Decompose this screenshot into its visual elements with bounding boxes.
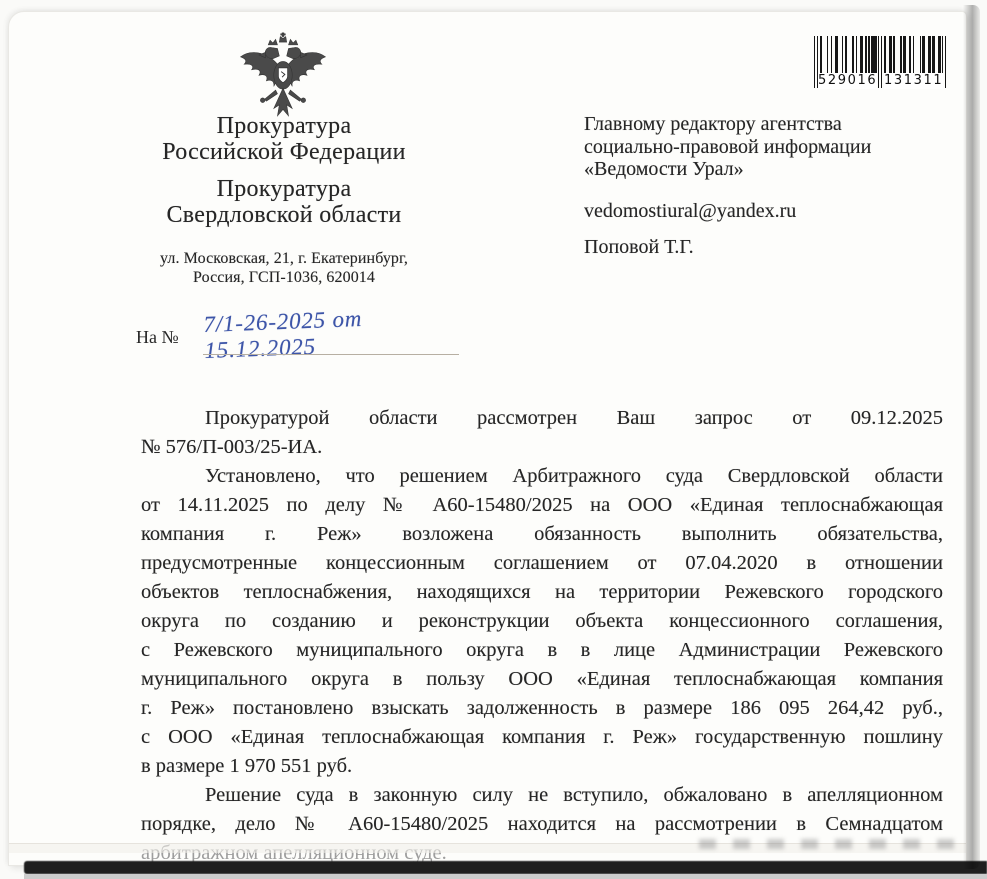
body-line: № 576/П-003/25-ИА. xyxy=(141,433,943,462)
letterhead: Прокуратура Российской Федерации Прокура… xyxy=(104,113,464,287)
recipient-name: Поповой Т.Г. xyxy=(584,236,967,259)
body-line: от 14.11.2025 по делу № А60-15480/2025 н… xyxy=(141,491,943,520)
org-name-line: Прокуратура xyxy=(104,113,464,139)
division-name-line: Прокуратура xyxy=(104,176,464,202)
page-edge-shadow xyxy=(963,5,980,869)
recipient-line: социально-правовой информации xyxy=(584,136,967,159)
scan-edge-strip xyxy=(24,874,987,879)
body-line: с Режевского муниципального округа в в л… xyxy=(141,636,943,665)
scan-smudge xyxy=(699,839,961,849)
body-line: Прокуратурой области рассмотрен Ваш запр… xyxy=(141,404,943,433)
body-line: муниципального округа в пользу ООО «Един… xyxy=(141,665,943,694)
recipient-block: Главному редактору агентства социально-п… xyxy=(584,113,967,259)
recipient-line: Главному редактору агентства xyxy=(584,113,967,136)
body-line: в размере 1 970 551 руб. xyxy=(141,752,943,781)
reference-label: На № xyxy=(136,327,179,348)
recipient-line: «Ведомости Урал» xyxy=(584,158,967,181)
body-line: предусмотренные концессионным соглашение… xyxy=(141,549,943,578)
body-line: объектов теплоснабжения, находящихся на … xyxy=(141,578,943,607)
org-name-line: Российской Федерации xyxy=(104,139,464,165)
scanned-letter: Прокуратура Российской Федерации Прокура… xyxy=(0,0,987,879)
body-line: округа по созданию и реконструкции объек… xyxy=(141,607,943,636)
barcode: 529016 131311 xyxy=(814,36,950,90)
letter-page: Прокуратура Российской Федерации Прокура… xyxy=(8,11,967,866)
body-line: г. Реж» постановлено взыскать задолженно… xyxy=(141,694,943,723)
org-address: ул. Московская, 21, г. Екатеринбург, Рос… xyxy=(104,249,464,287)
barcode-digits-right: 131311 xyxy=(884,73,943,89)
recipient-email: vedomostiural@yandex.ru xyxy=(584,200,967,223)
scan-edge-bar xyxy=(24,861,987,874)
body-line: компания г. Реж» возложена обязанность в… xyxy=(141,520,943,549)
division-name-line: Свердловской области xyxy=(104,202,464,228)
body-line: Установлено, что решением Арбитражного с… xyxy=(141,462,943,491)
barcode-digits-left: 529016 xyxy=(818,73,877,89)
address-line: ул. Московская, 21, г. Екатеринбург, xyxy=(104,249,464,268)
reference-underline xyxy=(203,354,459,355)
body-lines: Прокуратурой области рассмотрен Ваш запр… xyxy=(141,404,943,866)
body-line: порядке, дело № А60-15480/2025 находится… xyxy=(141,810,943,839)
body-line: Решение суда в законную силу не вступило… xyxy=(141,781,943,810)
address-line: Россия, ГСП-1036, 620014 xyxy=(104,268,464,287)
body-line: с ООО «Единая теплоснабжающая компания г… xyxy=(141,723,943,752)
